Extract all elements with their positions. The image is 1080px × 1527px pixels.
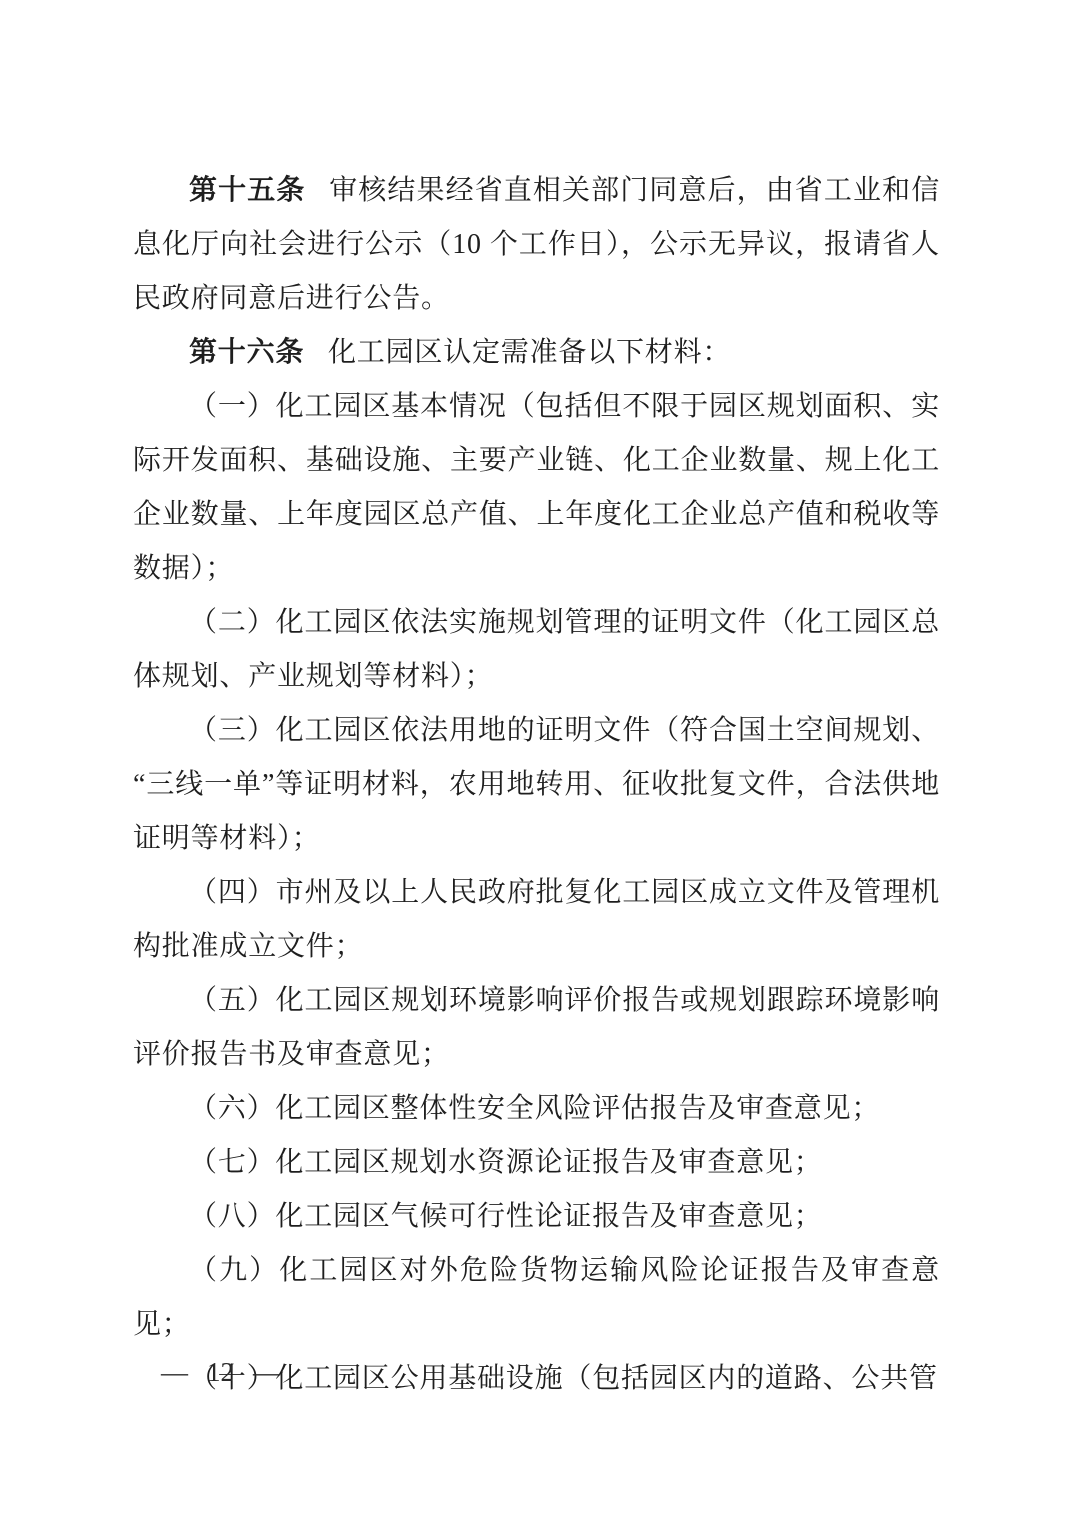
article-16-text: 化工园区认定需准备以下材料： xyxy=(328,337,731,368)
list-item-3-text: （三）化工园区依法用地的证明文件（符合国土空间规划、“三线一单”等证明材料，农用… xyxy=(133,715,940,854)
page-footer: — 12 — xyxy=(161,1352,280,1392)
list-item-4-text: （四）市州及以上人民政府批复化工园区成立文件及管理机构批准成立文件； xyxy=(133,877,940,962)
footer-dash-left: — xyxy=(161,1352,188,1392)
list-item-7-text: （七）化工园区规划水资源论证报告及审查意见； xyxy=(189,1147,823,1178)
list-item-9-text: （九）化工园区对外危险货物运输风险论证报告及审查意见； xyxy=(133,1255,940,1340)
paragraph-article-16: 第十六条化工园区认定需准备以下材料： xyxy=(133,326,940,380)
document-page: 第十五条审核结果经省直相关部门同意后，由省工业和信息化厅向社会进行公示（10 个… xyxy=(0,0,1080,1527)
article-16-number: 第十六条 xyxy=(189,337,304,368)
list-item-1-text: （一）化工园区基本情况（包括但不限于园区规划面积、实际开发面积、基础设施、主要产… xyxy=(133,391,940,584)
list-item-9: （九）化工园区对外危险货物运输风险论证报告及审查意见； xyxy=(133,1244,940,1352)
list-item-8-text: （八）化工园区气候可行性论证报告及审查意见； xyxy=(189,1201,823,1232)
list-item-10-text: （十）化工园区公用基础设施（包括园区内的道路、公共管 xyxy=(189,1363,938,1394)
list-item-2-text: （二）化工园区依法实施规划管理的证明文件（化工园区总体规划、产业规划等材料）； xyxy=(133,607,940,692)
paragraph-article-15: 第十五条审核结果经省直相关部门同意后，由省工业和信息化厅向社会进行公示（10 个… xyxy=(133,164,940,326)
list-item-4: （四）市州及以上人民政府批复化工园区成立文件及管理机构批准成立文件； xyxy=(133,866,940,974)
list-item-1: （一）化工园区基本情况（包括但不限于园区规划面积、实际开发面积、基础设施、主要产… xyxy=(133,380,940,596)
footer-dash-right: — xyxy=(253,1352,280,1392)
list-item-5-text: （五）化工园区规划环境影响评价报告或规划跟踪环境影响评价报告书及审查意见； xyxy=(133,985,940,1070)
list-item-6: （六）化工园区整体性安全风险评估报告及审查意见； xyxy=(133,1082,940,1136)
list-item-7: （七）化工园区规划水资源论证报告及审查意见； xyxy=(133,1136,940,1190)
list-item-6-text: （六）化工园区整体性安全风险评估报告及审查意见； xyxy=(189,1093,880,1124)
list-item-2: （二）化工园区依法实施规划管理的证明文件（化工园区总体规划、产业规划等材料）； xyxy=(133,596,940,704)
page-number: 12 xyxy=(207,1352,234,1392)
list-item-8: （八）化工园区气候可行性论证报告及审查意见； xyxy=(133,1190,940,1244)
document-body: 第十五条审核结果经省直相关部门同意后，由省工业和信息化厅向社会进行公示（10 个… xyxy=(133,164,940,1406)
article-15-number: 第十五条 xyxy=(189,175,305,206)
list-item-5: （五）化工园区规划环境影响评价报告或规划跟踪环境影响评价报告书及审查意见； xyxy=(133,974,940,1082)
list-item-3: （三）化工园区依法用地的证明文件（符合国土空间规划、“三线一单”等证明材料，农用… xyxy=(133,704,940,866)
